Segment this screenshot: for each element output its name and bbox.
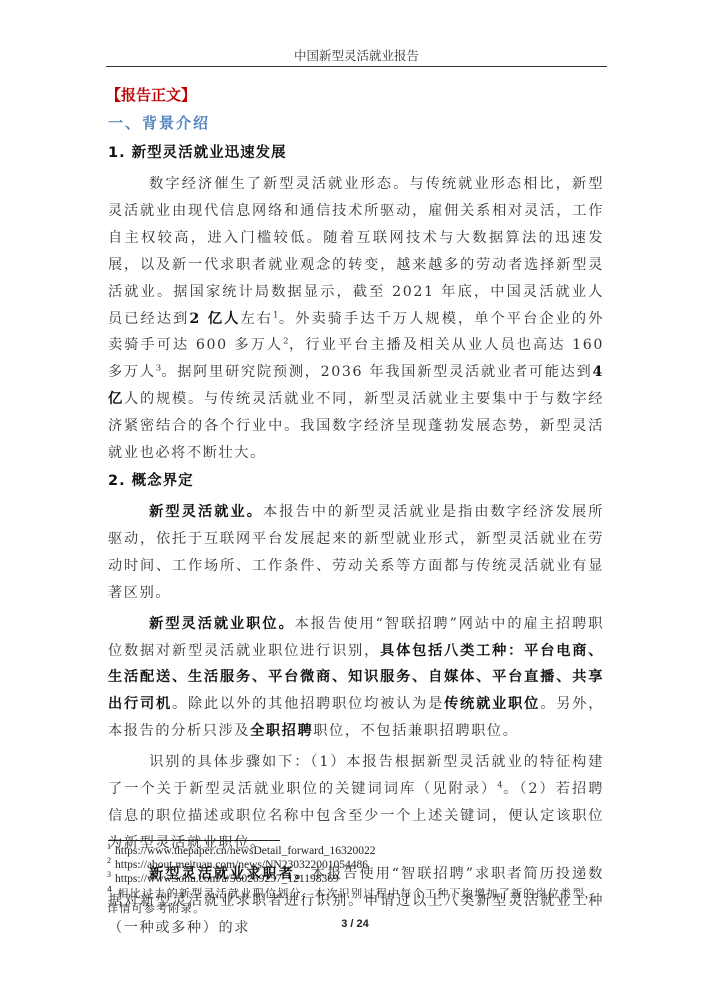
subsection-heading: 1. 新型灵活就业迅速发展 [108,143,604,165]
running-header: 中国新型灵活就业报告 [106,48,607,64]
emphasis-text: 全职招聘 [250,723,313,739]
page-content: 【报告正文】 一、背景介绍 1. 新型灵活就业迅速发展 数字经济催生了新型灵活就… [108,85,604,945]
emphasis-text: 新型灵活就业。 [149,504,263,520]
subsection-rapid-development: 1. 新型灵活就业迅速发展 数字经济催生了新型灵活就业形态。与传统就业形态相比，… [108,143,604,467]
page-number: 3 / 24 [0,918,710,930]
footnotes: 1https://www.thepaper.cn/newsDetail_forw… [107,844,607,916]
body-text: 人的规模。与传统灵活就业不同，新型灵活就业主要集中于与数字经济紧密结合的各个行业… [108,391,604,461]
emphasis-text: 传统就业职位 [444,696,540,712]
document-page: 中国新型灵活就业报告 【报告正文】 一、背景介绍 1. 新型灵活就业迅速发展 数… [0,0,710,1004]
footnote-number: 3 [107,870,111,879]
footnote-1: 1https://www.thepaper.cn/newsDetail_forw… [107,844,607,858]
footnote-link[interactable]: https://about.meituan.com/news/NN2303220… [115,859,368,871]
emphasis-text: 新型灵活就业职位。 [149,616,295,632]
subsection-heading: 2. 概念界定 [108,471,604,493]
emphasis-text: 2 亿人 [189,311,240,327]
footnote-number: 4 [107,885,113,894]
footnote-3: 3https://www.sohu.com/a/560269257_121198… [107,872,607,886]
body-text: 职位，不包括兼职招聘职位。 [313,723,518,739]
footnote-text: 相比过去的新型灵活就业职位划分，本次识别过程中每个工种下均增加了新的岗位类型，详… [107,887,597,915]
footnote-number: 1 [107,842,111,851]
footnote-separator [108,840,280,841]
section-tag: 【报告正文】 [106,85,604,107]
body-text: 数字经济催生了新型灵活就业形态。与传统就业形态相比，新型灵活就业由现代信息网络和… [108,176,604,327]
footnote-link[interactable]: https://www.thepaper.cn/newsDetail_forwa… [115,845,376,857]
paragraph-new-flexible-job: 新型灵活就业职位。本报告使用“智联招聘”网站中的雇主招聘职位数据对新型灵活就业职… [108,611,604,746]
body-text: 左右 [240,311,273,327]
header-rule [106,66,607,67]
footnote-4: 4相比过去的新型灵活就业职位划分，本次识别过程中每个工种下均增加了新的岗位类型，… [107,886,607,916]
paragraph-new-flexible-employment: 新型灵活就业。本报告中的新型灵活就业是指由数字经济发展所驱动，依托于互联网平台发… [108,499,604,607]
footnote-number: 2 [107,856,111,865]
heading-background: 一、背景介绍 [108,113,604,135]
body-text: 。据阿里研究院预测，2036 年我国新型灵活就业者可能达到 [161,364,592,380]
paragraph: 数字经济催生了新型灵活就业形态。与传统就业形态相比，新型灵活就业由现代信息网络和… [108,171,604,467]
footnote-link[interactable]: https://www.sohu.com/a/560269257_1211983… [115,873,339,885]
body-text: 。除此以外的其他招聘职位均被认为是 [172,696,444,712]
footnote-2: 2https://about.meituan.com/news/NN230322… [107,858,607,872]
